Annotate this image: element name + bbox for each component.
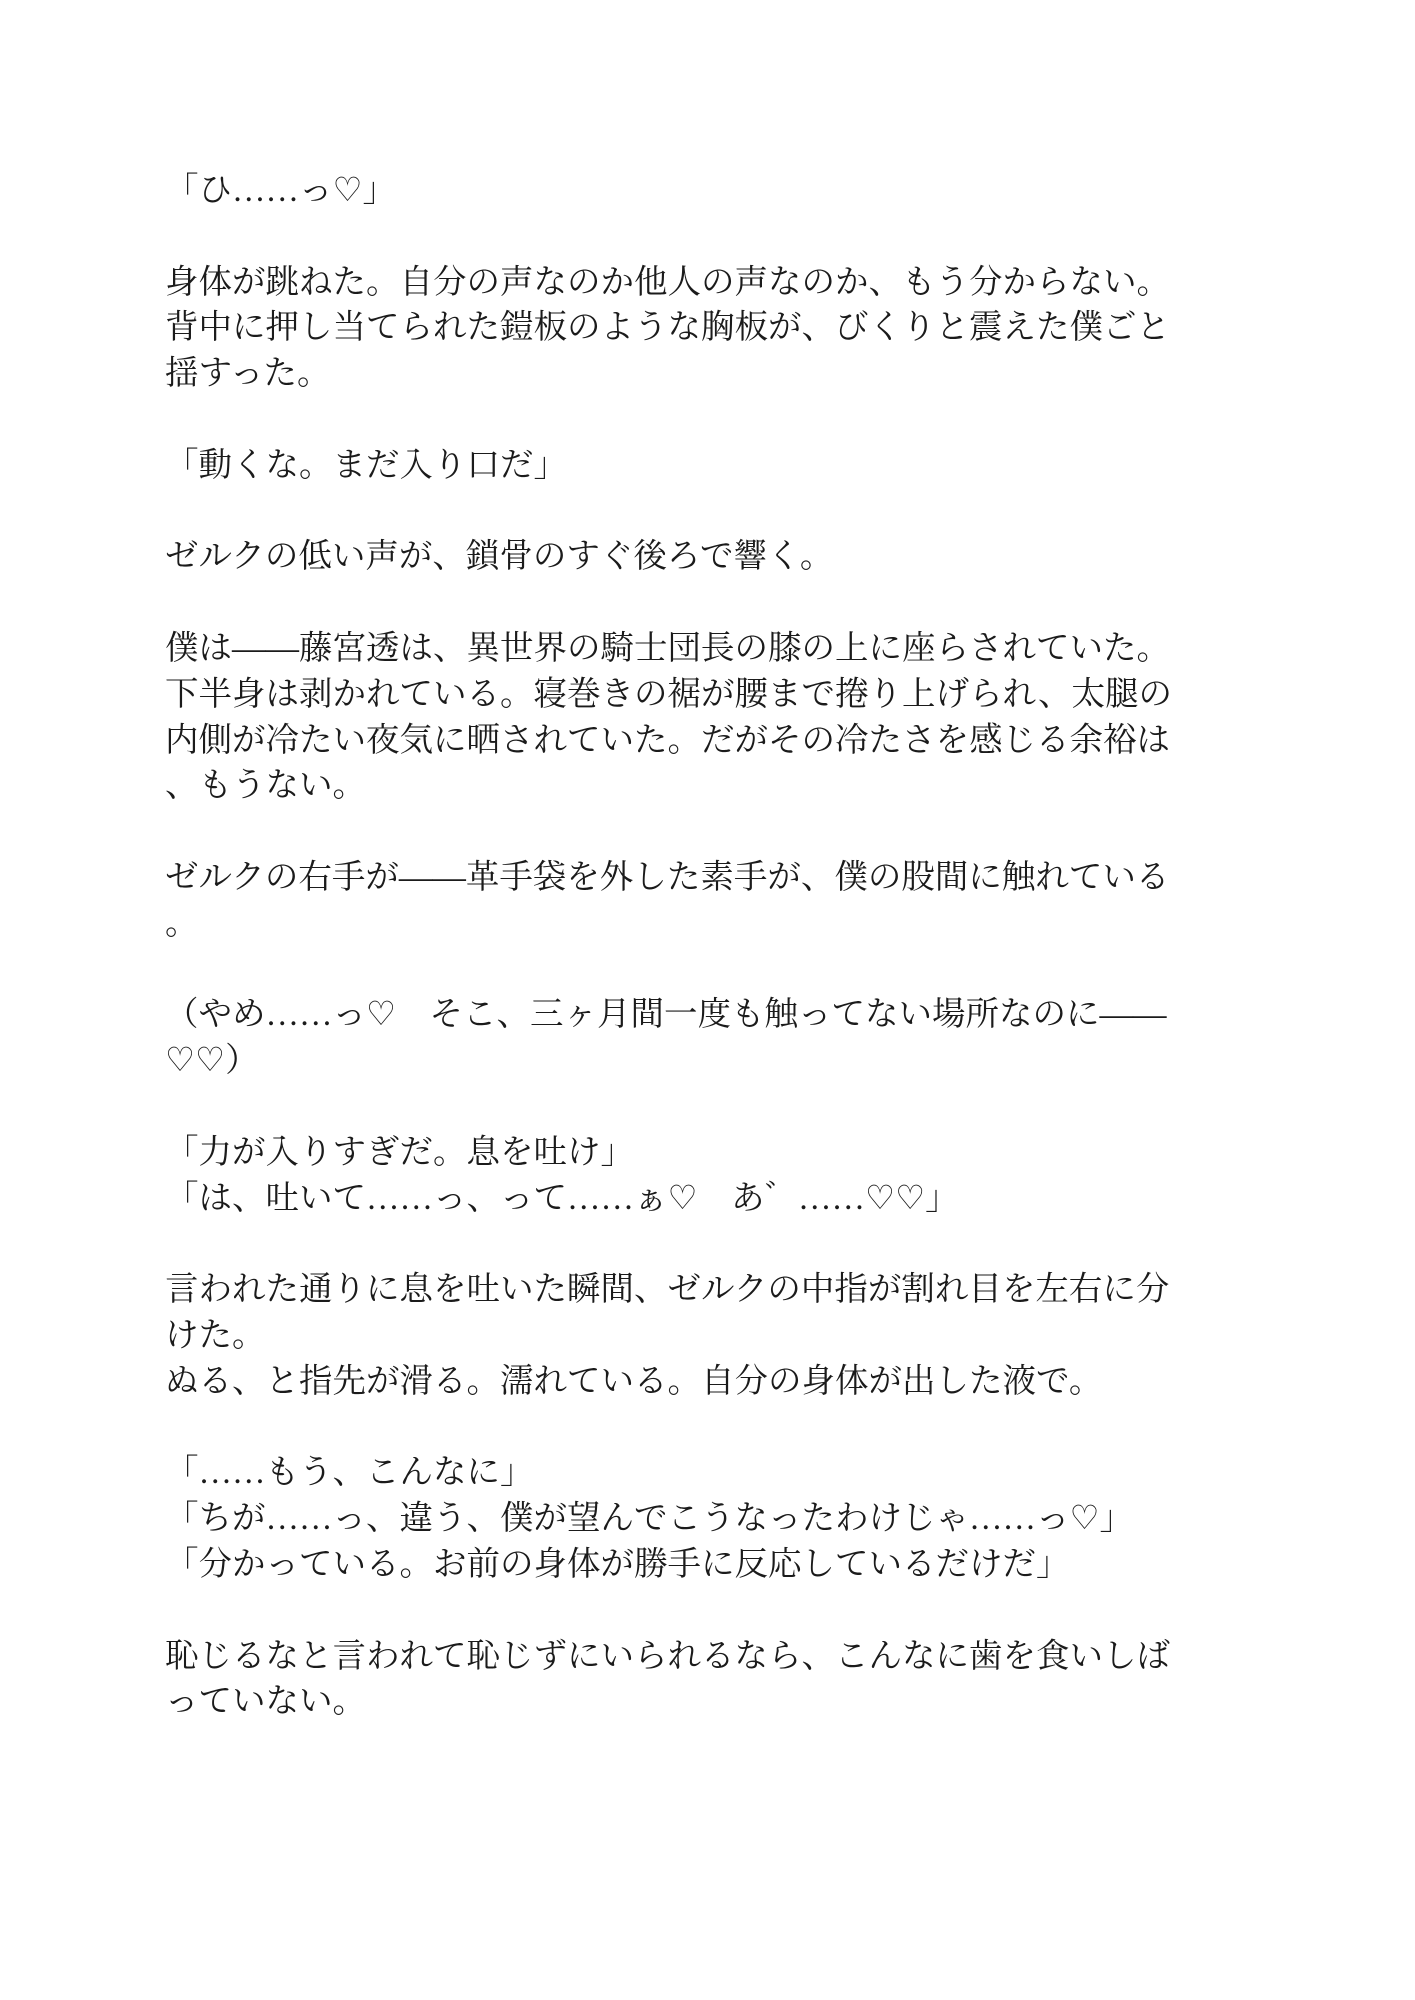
paragraph: 「……もう、こんなに」「ちが……っ、違う、僕が望んでこうなったわけじゃ……っ♡」…	[165, 1450, 1195, 1587]
paragraph: 身体が跳ねた。自分の声なのか他人の声なのか、もう分からない。背中に押し当てられた…	[165, 260, 1195, 397]
paragraph: 「力が入りすぎだ。息を吐け」「は、吐いて……っ、って……ぁ♡ あ゛……♡♡」	[165, 1130, 1195, 1222]
text-line: 「……もう、こんなに」	[165, 1450, 1195, 1496]
text-line: 「力が入りすぎだ。息を吐け」	[165, 1130, 1195, 1176]
paragraph: 「動くな。まだ入り口だ」	[165, 443, 1195, 489]
text-line: 「は、吐いて……っ、って……ぁ♡ あ゛……♡♡」	[165, 1176, 1195, 1222]
text-line: 内側が冷たい夜気に晒されていた。だがその冷たさを感じる余裕は	[165, 718, 1195, 764]
paragraph: 「ひ……っ♡」	[165, 168, 1195, 214]
document-page: 「ひ……っ♡」身体が跳ねた。自分の声なのか他人の声なのか、もう分からない。背中に…	[0, 0, 1415, 2000]
text-line: 言われた通りに息を吐いた瞬間、ゼルクの中指が割れ目を左右に分	[165, 1267, 1195, 1313]
text-line: ぬる、と指先が滑る。濡れている。自分の身体が出した液で。	[165, 1359, 1195, 1405]
text-line: ♡♡）	[165, 1038, 1195, 1084]
text-line: 。	[165, 901, 1195, 947]
text-line: 背中に押し当てられた鎧板のような胸板が、びくりと震えた僕ごと	[165, 305, 1195, 351]
text-line: （やめ……っ♡ そこ、三ヶ月間一度も触ってない場所なのに——	[165, 992, 1195, 1038]
paragraph: 恥じるなと言われて恥じずにいられるなら、こんなに歯を食いしばっていない。	[165, 1634, 1195, 1726]
text-line: ゼルクの右手が——革手袋を外した素手が、僕の股間に触れている	[165, 855, 1195, 901]
text-line: けた。	[165, 1313, 1195, 1359]
paragraph: ゼルクの右手が——革手袋を外した素手が、僕の股間に触れている。	[165, 855, 1195, 947]
text-line: 恥じるなと言われて恥じずにいられるなら、こんなに歯を食いしば	[165, 1634, 1195, 1680]
paragraph: 言われた通りに息を吐いた瞬間、ゼルクの中指が割れ目を左右に分けた。ぬる、と指先が…	[165, 1267, 1195, 1404]
paragraph: （やめ……っ♡ そこ、三ヶ月間一度も触ってない場所なのに——♡♡）	[165, 992, 1195, 1084]
text-line: 、もうない。	[165, 763, 1195, 809]
text-line: 「分かっている。お前の身体が勝手に反応しているだけだ」	[165, 1542, 1195, 1588]
page-text: 「ひ……っ♡」身体が跳ねた。自分の声なのか他人の声なのか、もう分からない。背中に…	[165, 168, 1195, 1771]
paragraph: 僕は——藤宮透は、異世界の騎士団長の膝の上に座らされていた。下半身は剥かれている…	[165, 626, 1195, 809]
text-line: 僕は——藤宮透は、異世界の騎士団長の膝の上に座らされていた。	[165, 626, 1195, 672]
text-line: 「動くな。まだ入り口だ」	[165, 443, 1195, 489]
text-line: ゼルクの低い声が、鎖骨のすぐ後ろで響く。	[165, 534, 1195, 580]
text-line: 下半身は剥かれている。寝巻きの裾が腰まで捲り上げられ、太腿の	[165, 672, 1195, 718]
paragraph: ゼルクの低い声が、鎖骨のすぐ後ろで響く。	[165, 534, 1195, 580]
text-line: 「ひ……っ♡」	[165, 168, 1195, 214]
text-line: 揺すった。	[165, 351, 1195, 397]
text-line: っていない。	[165, 1679, 1195, 1725]
text-line: 「ちが……っ、違う、僕が望んでこうなったわけじゃ……っ♡」	[165, 1496, 1195, 1542]
text-line: 身体が跳ねた。自分の声なのか他人の声なのか、もう分からない。	[165, 260, 1195, 306]
